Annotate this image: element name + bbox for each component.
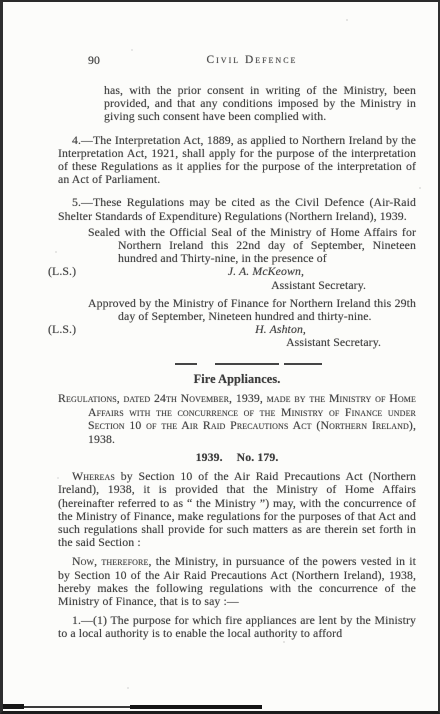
statutory-rule-number: 1939.No. 179. [58, 451, 416, 464]
signature-title: Assistant Secretary. [58, 279, 366, 292]
running-header: 90 Civil Defence [58, 54, 416, 67]
seal-mark: (L.S.) [48, 265, 76, 278]
paragraph-regulation-5: 5.—These Regulations may be cited as the… [58, 196, 416, 222]
signature-name: J. A. McKeown, [228, 265, 304, 278]
therefore-lead: Now, therefore [72, 554, 148, 568]
paragraph-regulation-4: 4.—The Interpretation Act, 1889, as appl… [58, 134, 416, 187]
paragraph-intro-tail: has, with the prior consent in writing o… [104, 84, 416, 124]
therefore-paragraph: Now, therefore, the Ministry, in pursuan… [58, 555, 416, 608]
running-header-title: Civil Defence [58, 54, 416, 67]
seal-mark: (L.S.) [48, 323, 76, 336]
sro-year: 1939. [196, 450, 223, 464]
scan-artifact-bar [2, 704, 24, 709]
approved-clause: Approved by the Ministry of Finance for … [118, 297, 416, 323]
signature-block-1: (L.S.) J. A. McKeown, [48, 265, 416, 278]
section-heading: Fire Appliances. [58, 373, 416, 386]
whereas-lead: Whereas [72, 469, 115, 483]
scan-artifact-bar [130, 705, 262, 709]
document-page: 90 Civil Defence has, with the prior con… [0, 0, 440, 641]
sro-number: No. 179. [237, 450, 279, 464]
scan-artifact-bar [24, 706, 130, 708]
paragraph-regulation-1: 1.—(1) The purpose for which fire applia… [58, 614, 416, 640]
section-divider [175, 363, 416, 366]
sealed-clause: Sealed with the Official Seal of the Min… [118, 226, 416, 266]
whereas-paragraph: Whereas by Section 10 of the Air Raid Pr… [58, 470, 416, 549]
signature-title: Assistant Secretary. [58, 336, 381, 349]
regulation-caption: Regulations, dated 24th November, 1939, … [58, 392, 416, 447]
